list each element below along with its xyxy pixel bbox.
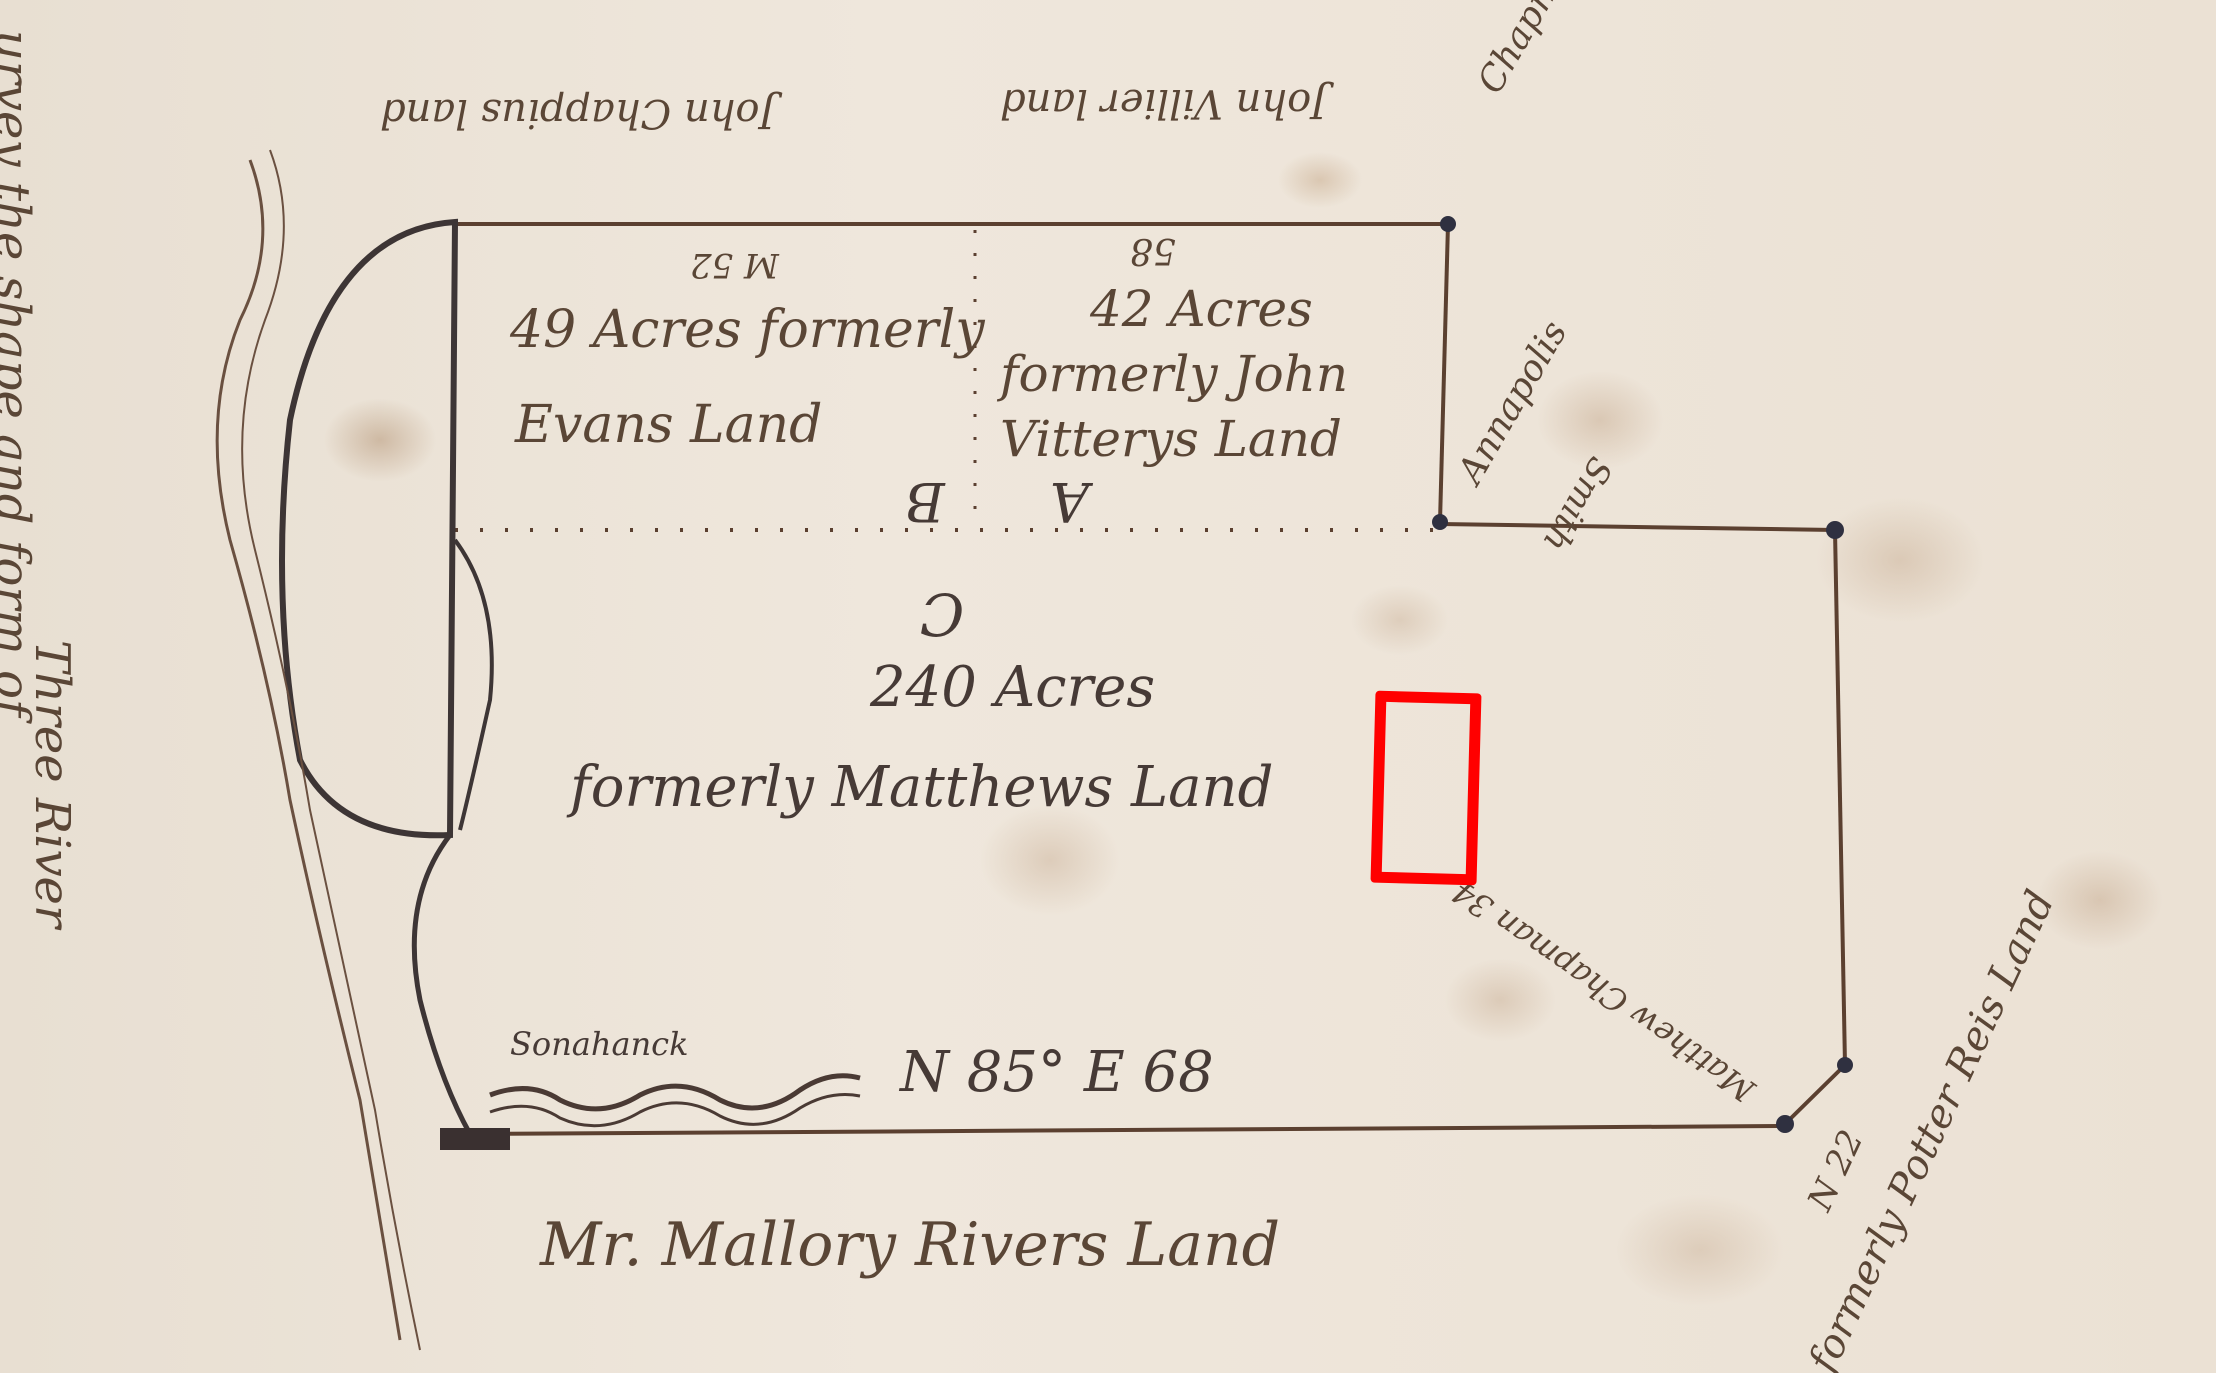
parcel-a-line2: formerly John bbox=[1000, 345, 1348, 403]
parcel-a-line3: Vitterys Land bbox=[1000, 410, 1342, 468]
parcel-c-line2: formerly Matthews Land bbox=[570, 755, 1273, 820]
parcel-b-line1: 49 Acres formerly bbox=[510, 300, 985, 360]
parcel-b-note: M 52 bbox=[690, 245, 779, 285]
south-neighbor: Mr. Mallory Rivers Land bbox=[540, 1210, 1280, 1280]
creek-label: Sonahanck bbox=[510, 1025, 688, 1063]
parcel-b-label: B bbox=[905, 470, 945, 533]
north-neighbor-2: John Villier land bbox=[1000, 80, 1327, 126]
parcel-b-line2: Evans Land bbox=[515, 395, 822, 455]
parcel-a-note: 58 bbox=[1130, 230, 1176, 271]
north-neighbor-1: John Chappius land bbox=[380, 90, 776, 136]
left-margin-text: urvey the shape and form of bbox=[0, 30, 40, 717]
highlight-box bbox=[1371, 691, 1482, 886]
parcel-c-line1: 240 Acres bbox=[870, 655, 1155, 720]
parcel-a-line1: 42 Acres bbox=[1090, 280, 1313, 338]
parcel-a-label: A bbox=[1050, 470, 1089, 533]
bottom-bearing: N 85° E 68 bbox=[900, 1040, 1214, 1105]
parcel-c-label: C bbox=[920, 580, 964, 648]
